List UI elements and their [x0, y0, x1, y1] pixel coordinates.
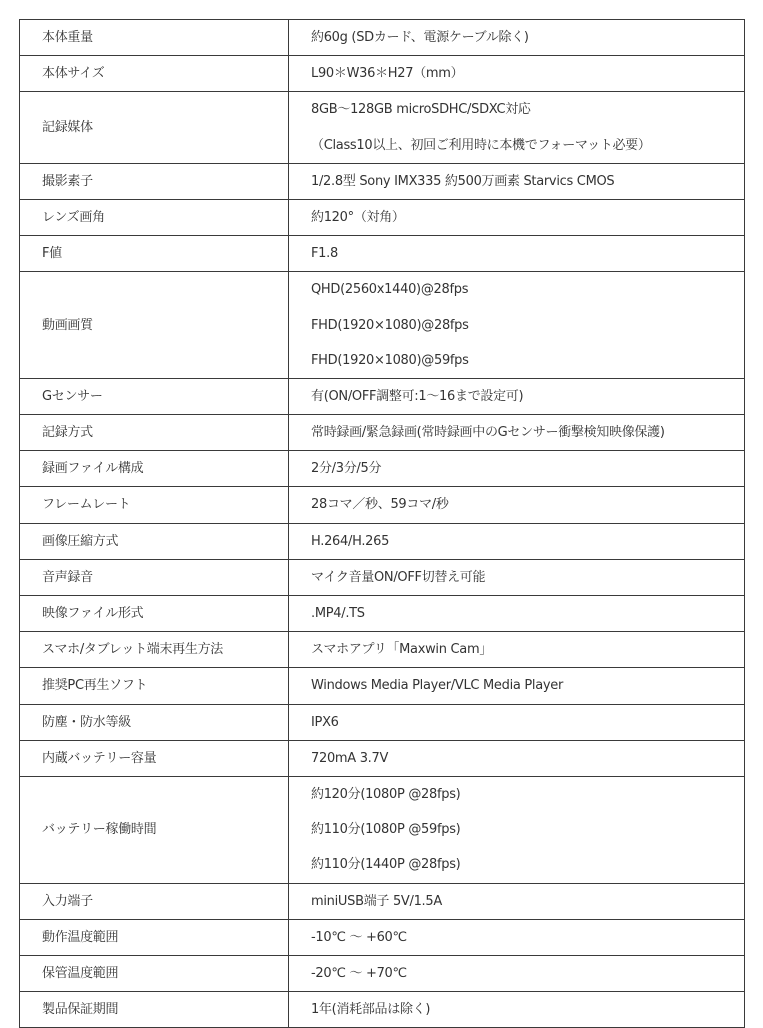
spec-row: フレームレート28コマ／秒、59コマ/秒	[20, 487, 745, 523]
spec-label-cell: 撮影素子	[20, 163, 289, 199]
spec-row: 音声録音マイク音量ON/OFF切替え可能	[20, 559, 745, 595]
spec-label-cell: レンズ画角	[20, 199, 289, 235]
spec-value: 約60g (SDカード、電源ケーブル除く)	[311, 20, 744, 55]
spec-value: 約110分(1440P @28fps)	[311, 847, 744, 882]
spec-value: Windows Media Player/VLC Media Player	[311, 668, 744, 703]
spec-label-cell: 本体重量	[20, 20, 289, 56]
spec-label: F値	[42, 236, 288, 271]
spec-value-cell: IPX6	[289, 704, 745, 740]
spec-value-cell: スマホアプリ「Maxwin Cam」	[289, 632, 745, 668]
spec-row: 推奨PC再生ソフトWindows Media Player/VLC Media …	[20, 668, 745, 704]
spec-label: レンズ画角	[42, 200, 288, 235]
spec-label-cell: バッテリー稼働時間	[20, 776, 289, 883]
spec-label: 動作温度範囲	[42, 920, 288, 955]
spec-value: FHD(1920×1080)@59fps	[311, 343, 744, 378]
spec-label-cell: 動作温度範囲	[20, 919, 289, 955]
spec-value-cell: 約120分(1080P @28fps)約110分(1080P @59fps)約1…	[289, 776, 745, 883]
spec-row: 撮影素子1/2.8型 Sony IMX335 約500万画素 Starvics …	[20, 163, 745, 199]
spec-row: 本体重量約60g (SDカード、電源ケーブル除く)	[20, 20, 745, 56]
spec-value-cell: 有(ON/OFF調整可:1～16まで設定可)	[289, 378, 745, 414]
spec-value: 1/2.8型 Sony IMX335 約500万画素 Starvics CMOS	[311, 164, 744, 199]
spec-value: 約110分(1080P @59fps)	[311, 812, 744, 847]
spec-label-cell: フレームレート	[20, 487, 289, 523]
spec-value-cell: .MP4/.TS	[289, 596, 745, 632]
spec-value-cell: -20℃ ～ +70℃	[289, 955, 745, 991]
spec-value: H.264/H.265	[311, 524, 744, 559]
spec-label: Gセンサー	[42, 379, 288, 414]
spec-label: スマホ/タブレット端末再生方法	[42, 632, 288, 667]
spec-value: IPX6	[311, 705, 744, 740]
spec-label: 入力端子	[42, 884, 288, 919]
spec-value-cell: 720mA 3.7V	[289, 740, 745, 776]
spec-row: バッテリー稼働時間約120分(1080P @28fps)約110分(1080P …	[20, 776, 745, 883]
spec-row: 動作温度範囲-10℃ ～ +60℃	[20, 919, 745, 955]
spec-value-cell: 常時録画/緊急録画(常時録画中のGセンサー衝撃検知映像保護)	[289, 415, 745, 451]
spec-label-cell: 映像ファイル形式	[20, 596, 289, 632]
spec-value-cell: -10℃ ～ +60℃	[289, 919, 745, 955]
spec-label: 動画画質	[42, 308, 288, 343]
spec-value: -20℃ ～ +70℃	[311, 956, 744, 991]
spec-row: 録画ファイル構成2分/3分/5分	[20, 451, 745, 487]
spec-table-body: 本体重量約60g (SDカード、電源ケーブル除く)本体サイズL90＊W36＊H2…	[20, 20, 745, 1028]
spec-label: 内蔵バッテリー容量	[42, 741, 288, 776]
spec-label-cell: 音声録音	[20, 559, 289, 595]
spec-row: Gセンサー有(ON/OFF調整可:1～16まで設定可)	[20, 378, 745, 414]
spec-label-cell: 画像圧縮方式	[20, 523, 289, 559]
spec-value-cell: 1年(消耗部品は除く)	[289, 992, 745, 1028]
spec-label: 記録方式	[42, 415, 288, 450]
spec-label-cell: 入力端子	[20, 883, 289, 919]
spec-label: フレームレート	[42, 487, 288, 522]
spec-row: 本体サイズL90＊W36＊H27（mm）	[20, 56, 745, 92]
spec-value-cell: 28コマ／秒、59コマ/秒	[289, 487, 745, 523]
spec-label: 撮影素子	[42, 164, 288, 199]
spec-value-cell: 2分/3分/5分	[289, 451, 745, 487]
spec-label-cell: 防塵・防水等級	[20, 704, 289, 740]
spec-value: スマホアプリ「Maxwin Cam」	[311, 632, 744, 667]
spec-label-cell: スマホ/タブレット端末再生方法	[20, 632, 289, 668]
spec-row: 製品保証期間1年(消耗部品は除く)	[20, 992, 745, 1028]
spec-label: バッテリー稼働時間	[42, 812, 288, 847]
spec-label: 推奨PC再生ソフト	[42, 668, 288, 703]
spec-label: 本体重量	[42, 20, 288, 55]
spec-label: 音声録音	[42, 560, 288, 595]
spec-value: 約120分(1080P @28fps)	[311, 777, 744, 812]
spec-value: 720mA 3.7V	[311, 741, 744, 776]
spec-label-cell: 記録媒体	[20, 92, 289, 163]
spec-label-cell: 保管温度範囲	[20, 955, 289, 991]
spec-value: （Class10以上、初回ご利用時に本機でフォーマット必要）	[311, 128, 744, 163]
spec-value-cell: F1.8	[289, 236, 745, 272]
spec-row: F値F1.8	[20, 236, 745, 272]
spec-value: FHD(1920×1080)@28fps	[311, 308, 744, 343]
spec-label: 本体サイズ	[42, 56, 288, 91]
spec-label-cell: 動画画質	[20, 272, 289, 379]
spec-label: 記録媒体	[42, 110, 288, 145]
spec-label-cell: F値	[20, 236, 289, 272]
spec-label-cell: 製品保証期間	[20, 992, 289, 1028]
spec-row: 保管温度範囲-20℃ ～ +70℃	[20, 955, 745, 991]
spec-row: 動画画質QHD(2560x1440)@28fpsFHD(1920×1080)@2…	[20, 272, 745, 379]
spec-label-cell: 本体サイズ	[20, 56, 289, 92]
spec-label: 画像圧縮方式	[42, 524, 288, 559]
spec-value-cell: L90＊W36＊H27（mm）	[289, 56, 745, 92]
spec-label-cell: 推奨PC再生ソフト	[20, 668, 289, 704]
spec-row: 画像圧縮方式H.264/H.265	[20, 523, 745, 559]
spec-value-cell: miniUSB端子 5V/1.5A	[289, 883, 745, 919]
spec-value-cell: H.264/H.265	[289, 523, 745, 559]
spec-value-cell: Windows Media Player/VLC Media Player	[289, 668, 745, 704]
spec-value: マイク音量ON/OFF切替え可能	[311, 560, 744, 595]
spec-value: -10℃ ～ +60℃	[311, 920, 744, 955]
spec-value: miniUSB端子 5V/1.5A	[311, 884, 744, 919]
spec-table: 本体重量約60g (SDカード、電源ケーブル除く)本体サイズL90＊W36＊H2…	[19, 19, 745, 1028]
spec-value-cell: 1/2.8型 Sony IMX335 約500万画素 Starvics CMOS	[289, 163, 745, 199]
spec-row: 映像ファイル形式.MP4/.TS	[20, 596, 745, 632]
spec-row: 防塵・防水等級IPX6	[20, 704, 745, 740]
spec-label-cell: Gセンサー	[20, 378, 289, 414]
spec-label: 製品保証期間	[42, 992, 288, 1027]
spec-value: 1年(消耗部品は除く)	[311, 992, 744, 1027]
spec-value: 常時録画/緊急録画(常時録画中のGセンサー衝撃検知映像保護)	[311, 415, 744, 450]
spec-value-cell: 8GB～128GB microSDHC/SDXC対応（Class10以上、初回ご…	[289, 92, 745, 163]
spec-value: 有(ON/OFF調整可:1～16まで設定可)	[311, 379, 744, 414]
spec-value: 2分/3分/5分	[311, 451, 744, 486]
spec-value-cell: 約60g (SDカード、電源ケーブル除く)	[289, 20, 745, 56]
spec-value: 約120°（対角）	[311, 200, 744, 235]
spec-value: 28コマ／秒、59コマ/秒	[311, 487, 744, 522]
spec-label-cell: 録画ファイル構成	[20, 451, 289, 487]
spec-value-cell: QHD(2560x1440)@28fpsFHD(1920×1080)@28fps…	[289, 272, 745, 379]
spec-label: 防塵・防水等級	[42, 705, 288, 740]
spec-label: 映像ファイル形式	[42, 596, 288, 631]
spec-row: スマホ/タブレット端末再生方法スマホアプリ「Maxwin Cam」	[20, 632, 745, 668]
spec-row: 入力端子miniUSB端子 5V/1.5A	[20, 883, 745, 919]
spec-label: 録画ファイル構成	[42, 451, 288, 486]
spec-value-cell: マイク音量ON/OFF切替え可能	[289, 559, 745, 595]
spec-value: QHD(2560x1440)@28fps	[311, 272, 744, 307]
spec-row: レンズ画角約120°（対角）	[20, 199, 745, 235]
spec-label-cell: 内蔵バッテリー容量	[20, 740, 289, 776]
spec-value: L90＊W36＊H27（mm）	[311, 56, 744, 91]
spec-row: 記録媒体8GB～128GB microSDHC/SDXC対応（Class10以上…	[20, 92, 745, 163]
spec-label: 保管温度範囲	[42, 956, 288, 991]
spec-row: 内蔵バッテリー容量720mA 3.7V	[20, 740, 745, 776]
spec-row: 記録方式常時録画/緊急録画(常時録画中のGセンサー衝撃検知映像保護)	[20, 415, 745, 451]
spec-value: 8GB～128GB microSDHC/SDXC対応	[311, 92, 744, 127]
spec-label-cell: 記録方式	[20, 415, 289, 451]
spec-value: .MP4/.TS	[311, 596, 744, 631]
spec-value: F1.8	[311, 236, 744, 271]
spec-value-cell: 約120°（対角）	[289, 199, 745, 235]
